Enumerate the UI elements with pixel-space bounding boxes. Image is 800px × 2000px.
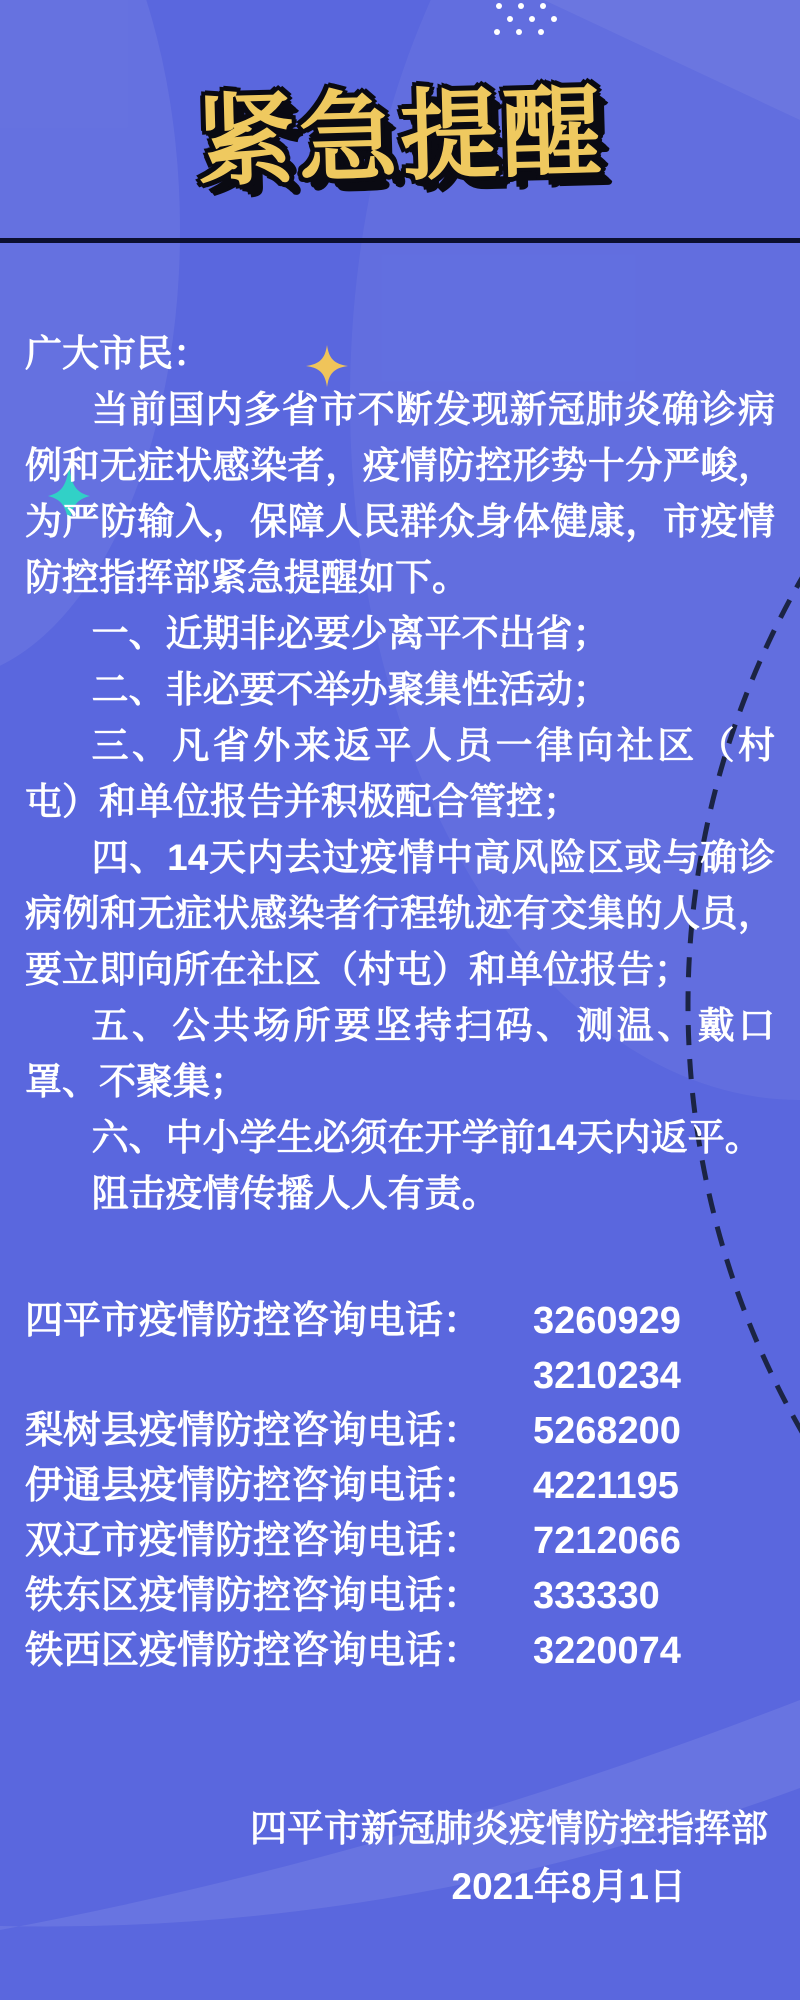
body-paragraph: 三、凡省外来返平人员一律向社区（村屯）和单位报告并积极配合管控； — [25, 718, 775, 830]
hotline-numbers: 7212066 — [533, 1514, 681, 1569]
body-paragraph: 四、14天内去过疫情中高风险区或与确诊病例和无症状感染者行程轨迹有交集的人员，要… — [25, 830, 775, 998]
dot — [516, 29, 522, 35]
dot — [540, 3, 546, 9]
hotline-row: 双辽市疫情防控咨询电话：7212066 — [25, 1514, 775, 1569]
body-paragraph: 当前国内多省市不断发现新冠肺炎确诊病例和无症状感染者，疫情防控形势十分严峻，为严… — [25, 382, 775, 606]
hotline-label: 铁东区疫情防控咨询电话： — [25, 1569, 533, 1624]
hotline-label: 梨树县疫情防控咨询电话： — [25, 1404, 533, 1459]
hotline-number: 3260929 — [533, 1294, 681, 1349]
emergency-notice-poster: 紧急提醒 广大市民： 当前国内多省市不断发现新冠肺炎确诊病例和无症状感染者，疫情… — [0, 0, 800, 2000]
dots-row — [494, 29, 557, 35]
signature-block: 四平市新冠肺炎疫情防控指挥部 2021年8月1日 — [250, 1800, 768, 1916]
body-paragraph: 五、公共场所要坚持扫码、测温、戴口罩、不聚集； — [25, 998, 775, 1110]
hotline-label: 四平市疫情防控咨询电话： — [25, 1294, 533, 1349]
hotline-number: 5268200 — [533, 1404, 681, 1459]
title-divider — [0, 238, 800, 243]
notice-body: 广大市民： 当前国内多省市不断发现新冠肺炎确诊病例和无症状感染者，疫情防控形势十… — [25, 326, 775, 1679]
dots-pattern-icon — [496, 3, 557, 42]
hotline-number: 333330 — [533, 1569, 660, 1624]
dot — [551, 16, 557, 22]
hotline-label: 双辽市疫情防控咨询电话： — [25, 1514, 533, 1569]
hotline-numbers: 5268200 — [533, 1404, 681, 1459]
hotline-label: 铁西区疫情防控咨询电话： — [25, 1624, 533, 1679]
body-paragraph: 阻击疫情传播人人有责。 — [25, 1166, 775, 1222]
dot — [507, 16, 513, 22]
hotline-row: 铁东区疫情防控咨询电话：333330 — [25, 1569, 775, 1624]
dots-row — [507, 16, 557, 22]
body-paragraph: 六、中小学生必须在开学前14天内返平。 — [25, 1110, 775, 1166]
notice-paragraphs: 当前国内多省市不断发现新冠肺炎确诊病例和无症状感染者，疫情防控形势十分严峻，为严… — [25, 382, 775, 1222]
hotline-number: 3220074 — [533, 1624, 681, 1679]
hotline-row: 伊通县疫情防控咨询电话：4221195 — [25, 1459, 775, 1514]
body-paragraph: 二、非必要不举办聚集性活动； — [25, 662, 775, 718]
hotline-numbers: 3220074 — [533, 1624, 681, 1679]
body-paragraph: 一、近期非必要少离平不出省； — [25, 606, 775, 662]
hotline-row: 梨树县疫情防控咨询电话：5268200 — [25, 1404, 775, 1459]
dot — [496, 3, 502, 9]
dot — [518, 3, 524, 9]
greeting-line: 广大市民： — [25, 326, 775, 382]
hotline-number: 4221195 — [533, 1459, 679, 1514]
hotline-numbers: 4221195 — [533, 1459, 679, 1514]
hotline-numbers: 333330 — [533, 1569, 660, 1624]
hotline-number: 3210234 — [533, 1349, 681, 1404]
signature-date: 2021年8月1日 — [250, 1858, 768, 1916]
hotline-label: 伊通县疫情防控咨询电话： — [25, 1459, 533, 1514]
hotline-row: 铁西区疫情防控咨询电话：3220074 — [25, 1624, 775, 1679]
dot — [529, 16, 535, 22]
dots-row — [496, 3, 557, 9]
dot — [538, 29, 544, 35]
hotline-number: 7212066 — [533, 1514, 681, 1569]
hotline-list: 四平市疫情防控咨询电话：32609293210234梨树县疫情防控咨询电话：52… — [25, 1294, 775, 1679]
dot — [494, 29, 500, 35]
page-title: 紧急提醒 — [0, 48, 800, 211]
signature-organization: 四平市新冠肺炎疫情防控指挥部 — [250, 1800, 768, 1858]
hotline-numbers: 32609293210234 — [533, 1294, 681, 1404]
hotline-row: 四平市疫情防控咨询电话：32609293210234 — [25, 1294, 775, 1404]
